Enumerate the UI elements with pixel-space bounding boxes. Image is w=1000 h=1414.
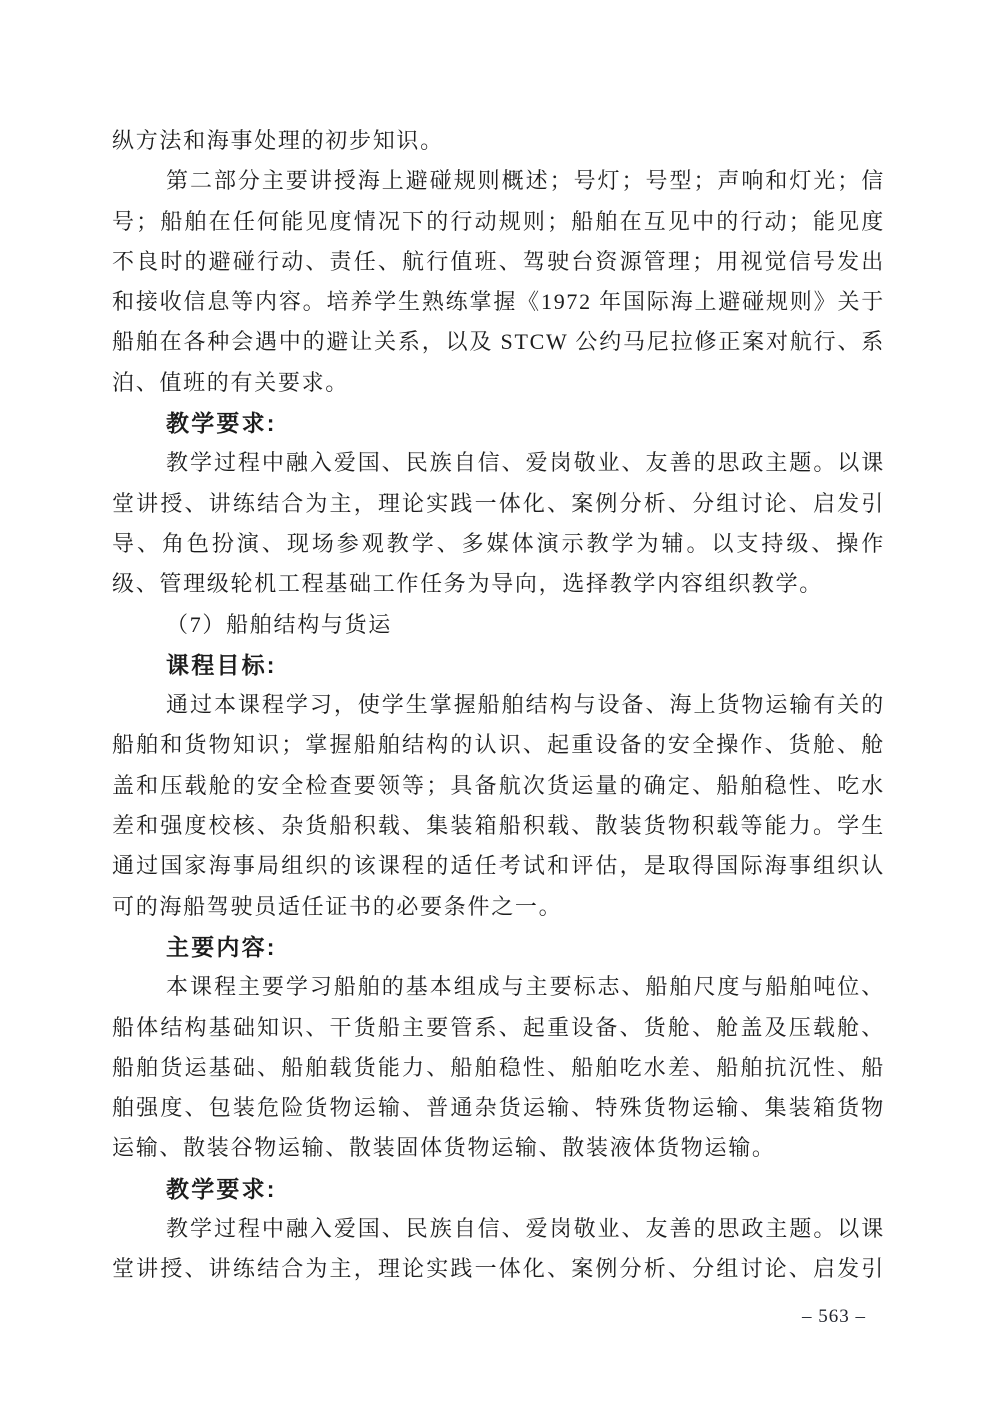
paragraph-main-content: 本课程主要学习船舶的基本组成与主要标志、船舶尺度与船舶吨位、船体结构基础知识、干… bbox=[112, 967, 885, 1168]
course-item-ship-structure-and-cargo: （7）船舶结构与货运 bbox=[112, 605, 885, 645]
paragraph-collision-rules-overview: 第二部分主要讲授海上避碰规则概述；号灯；号型；声响和灯光；信号；船舶在任何能见度… bbox=[112, 161, 885, 403]
paragraph-teaching-requirements-1: 教学过程中融入爱国、民族自信、爱岗敬业、友善的思政主题。以课堂讲授、讲练结合为主… bbox=[112, 443, 885, 604]
paragraph-course-objectives: 通过本课程学习，使学生掌握船舶结构与设备、海上货物运输有关的船舶和货物知识；掌握… bbox=[112, 685, 885, 927]
section-heading-teaching-requirements-1: 教学要求: bbox=[112, 403, 885, 443]
paragraph-teaching-requirements-2-cutoff: 教学过程中融入爱国、民族自信、爱岗敬业、友善的思政主题。以课堂讲授、讲练结合为主… bbox=[112, 1209, 885, 1290]
page-body-text: 纵方法和海事处理的初步知识。 第二部分主要讲授海上避碰规则概述；号灯；号型；声响… bbox=[112, 121, 885, 1290]
paragraph-continuation: 纵方法和海事处理的初步知识。 bbox=[112, 121, 885, 161]
page-number: – 563 – bbox=[802, 1306, 866, 1328]
section-heading-main-content: 主要内容: bbox=[112, 927, 885, 967]
section-heading-teaching-requirements-2: 教学要求: bbox=[112, 1169, 885, 1209]
section-heading-course-objectives: 课程目标: bbox=[112, 645, 885, 685]
document-page: 纵方法和海事处理的初步知识。 第二部分主要讲授海上避碰规则概述；号灯；号型；声响… bbox=[0, 0, 1000, 1414]
